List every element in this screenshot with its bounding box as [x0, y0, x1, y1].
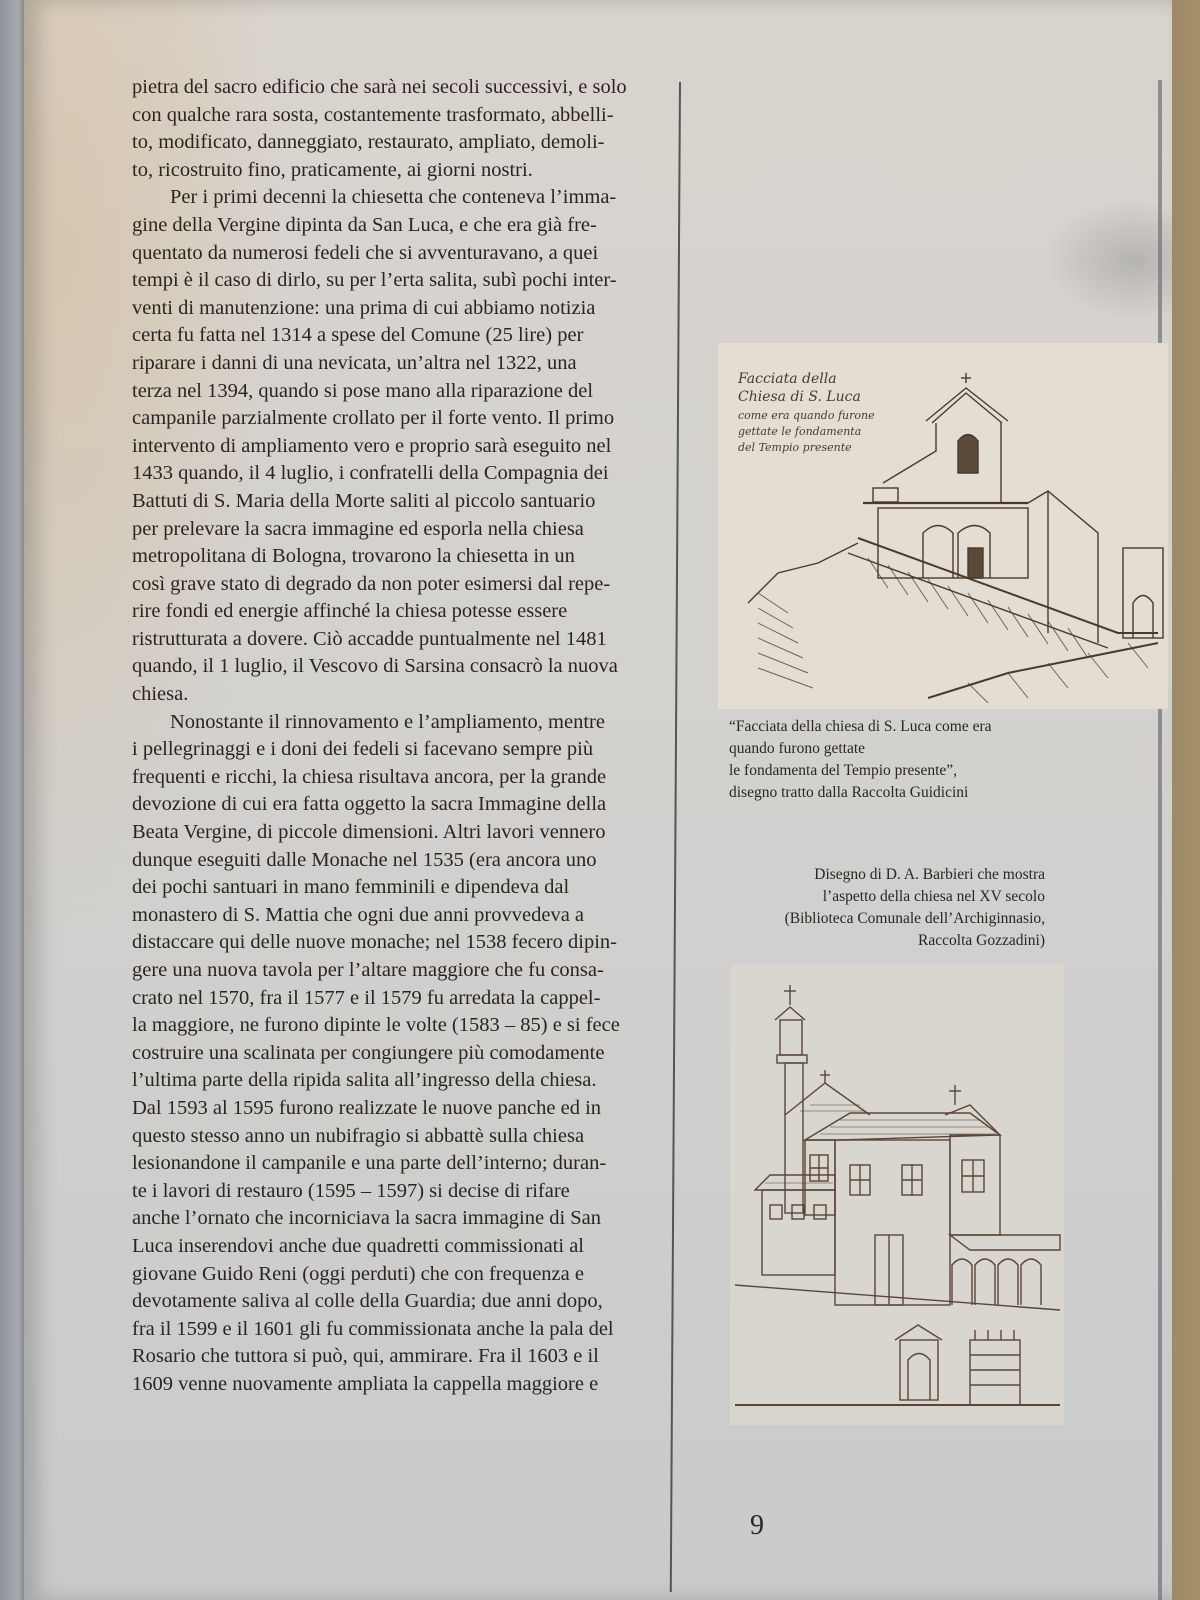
text-line: giovane Guido Reni (oggi perduti) che co…	[132, 1263, 584, 1285]
church-side-view-drawing-icon	[730, 965, 1064, 1425]
text-line: Dal 1593 al 1595 furono realizzate le nu…	[132, 1097, 601, 1119]
text-line: chiesa.	[132, 683, 188, 705]
caption-line: “Facciata della chiesa di S. Luca come e…	[729, 716, 1049, 738]
facade-sketch-image: Facciata della Chiesa di S. Luca come er…	[718, 343, 1168, 709]
text-line: rire fondi ed energie affinché la chiesa…	[132, 600, 567, 622]
text-line: quando, il 1 luglio, il Vescovo di Sarsi…	[132, 655, 618, 677]
text-line: intervento di ampliamento vero e proprio…	[132, 435, 611, 457]
church-facade-drawing-icon: Facciata della Chiesa di S. Luca come er…	[718, 343, 1168, 709]
caption-line: (Biblioteca Comunale dell’Archiginnasio,	[740, 908, 1045, 930]
text-line: i pellegrinaggi e i doni dei fedeli si f…	[132, 738, 593, 760]
svg-text:del Tempio presente: del Tempio presente	[738, 441, 852, 454]
text-line: Luca inserendovi anche due quadretti com…	[132, 1235, 584, 1257]
text-line: gine della Vergine dipinta da San Luca, …	[132, 214, 597, 236]
text-line: così grave stato di degrado da non poter…	[132, 573, 610, 595]
text-line: 1609 venne nuovamente ampliata la cappel…	[132, 1373, 598, 1395]
text-line: Nonostante il rinnovamento e l’ampliamen…	[170, 711, 605, 733]
text-line: pietra del sacro edificio che sarà nei s…	[132, 76, 627, 98]
text-line: ristrutturata a dovere. Ciò accadde punt…	[132, 628, 607, 650]
text-line: metropolitana di Bologna, trovarono la c…	[132, 545, 575, 567]
text-line: con qualche rara sosta, costantemente tr…	[132, 104, 614, 126]
page-number: 9	[750, 1510, 764, 1542]
text-line: campanile parzialmente crollato per il f…	[132, 407, 614, 429]
text-line: tempi è il caso di dirlo, su per l’erta …	[132, 269, 617, 291]
text-line: anche l’ornato che incorniciava la sacra…	[132, 1207, 601, 1229]
paragraph-3: Nonostante il rinnovamento e l’ampliamen…	[132, 709, 650, 1399]
barbieri-drawing-caption: Disegno di D. A. Barbieri che mostra l’a…	[740, 864, 1045, 952]
text-line: venti di manutenzione: una prima di cui …	[132, 297, 595, 319]
text-line: Per i primi decenni la chiesetta che con…	[170, 186, 616, 208]
text-line: per prelevare la sacra immagine ed espor…	[132, 518, 584, 540]
paragraph-2: Per i primi decenni la chiesetta che con…	[132, 184, 650, 708]
text-line: gere una nuova tavola per l’altare maggi…	[132, 959, 604, 981]
text-line: te i lavori di restauro (1595 – 1597) si…	[132, 1180, 570, 1202]
svg-text:come era quando furone: come era quando furone	[738, 409, 875, 422]
caption-line: l’aspetto della chiesa nel XV secolo	[740, 886, 1045, 908]
svg-text:Chiesa di S. Luca: Chiesa di S. Luca	[738, 389, 861, 405]
text-line: 1433 quando, il 4 luglio, i confratelli …	[132, 462, 609, 484]
text-line: to, ricostruito fino, praticamente, ai g…	[132, 159, 533, 181]
text-line: fra il 1599 e il 1601 gli fu commissiona…	[132, 1318, 614, 1340]
page-fold-edge	[1158, 80, 1162, 1600]
svg-text:Facciata della: Facciata della	[737, 371, 837, 387]
text-line: Beata Vergine, di piccole dimensioni. Al…	[132, 821, 605, 843]
barbieri-drawing-image	[730, 965, 1064, 1425]
text-line: devozione di cui era fatta oggetto la sa…	[132, 793, 606, 815]
text-line: la maggiore, ne furono dipinte le volte …	[132, 1014, 620, 1036]
svg-text:gettate le fondamenta: gettate le fondamenta	[738, 425, 861, 438]
text-line: distaccare qui delle nuove monache; nel …	[132, 931, 617, 953]
caption-line: le fondamenta del Tempio presente”,	[729, 760, 1049, 782]
text-line: lesionandone il campanile e una parte de…	[132, 1152, 606, 1174]
body-text-column: pietra del sacro edificio che sarà nei s…	[132, 74, 650, 1399]
text-line: devotamente saliva al colle della Guardi…	[132, 1290, 603, 1312]
text-line: terza nel 1394, quando si pose mano alla…	[132, 380, 593, 402]
caption-line: Raccolta Gozzadini)	[740, 930, 1045, 952]
text-line: riparare i danni di una nevicata, un’alt…	[132, 352, 577, 374]
text-line: Battuti di S. Maria della Morte saliti a…	[132, 490, 595, 512]
caption-line: quando furono gettate	[729, 738, 1049, 760]
text-line: l’ultima parte della ripida salita all’i…	[132, 1069, 597, 1091]
caption-line: Disegno di D. A. Barbieri che mostra	[740, 864, 1045, 886]
paragraph-1: pietra del sacro edificio che sarà nei s…	[132, 74, 650, 184]
text-line: dei pochi santuari in mano femminili e d…	[132, 876, 569, 898]
caption-line: disegno tratto dalla Raccolta Guidicini	[729, 782, 1049, 804]
text-line: crato nel 1570, fra il 1577 e il 1579 fu…	[132, 987, 600, 1009]
text-line: quentato da numerosi fedeli che si avven…	[132, 242, 598, 264]
text-line: Rosario che tuttora si può, qui, ammirar…	[132, 1345, 599, 1367]
text-line: dunque eseguiti dalle Monache nel 1535 (…	[132, 849, 597, 871]
text-line: frequenti e ricchi, la chiesa risultava …	[132, 766, 606, 788]
facade-sketch-caption: “Facciata della chiesa di S. Luca come e…	[729, 716, 1049, 804]
text-line: certa fu fatta nel 1314 a spese del Comu…	[132, 324, 583, 346]
book-left-edge	[0, 0, 26, 1600]
text-line: questo stesso anno un nubifragio si abba…	[132, 1125, 584, 1147]
text-line: to, modificato, danneggiato, restaurato,…	[132, 131, 605, 153]
text-line: costruire una scalinata per congiungere …	[132, 1042, 604, 1064]
text-line: monastero di S. Mattia che ogni due anni…	[132, 904, 584, 926]
